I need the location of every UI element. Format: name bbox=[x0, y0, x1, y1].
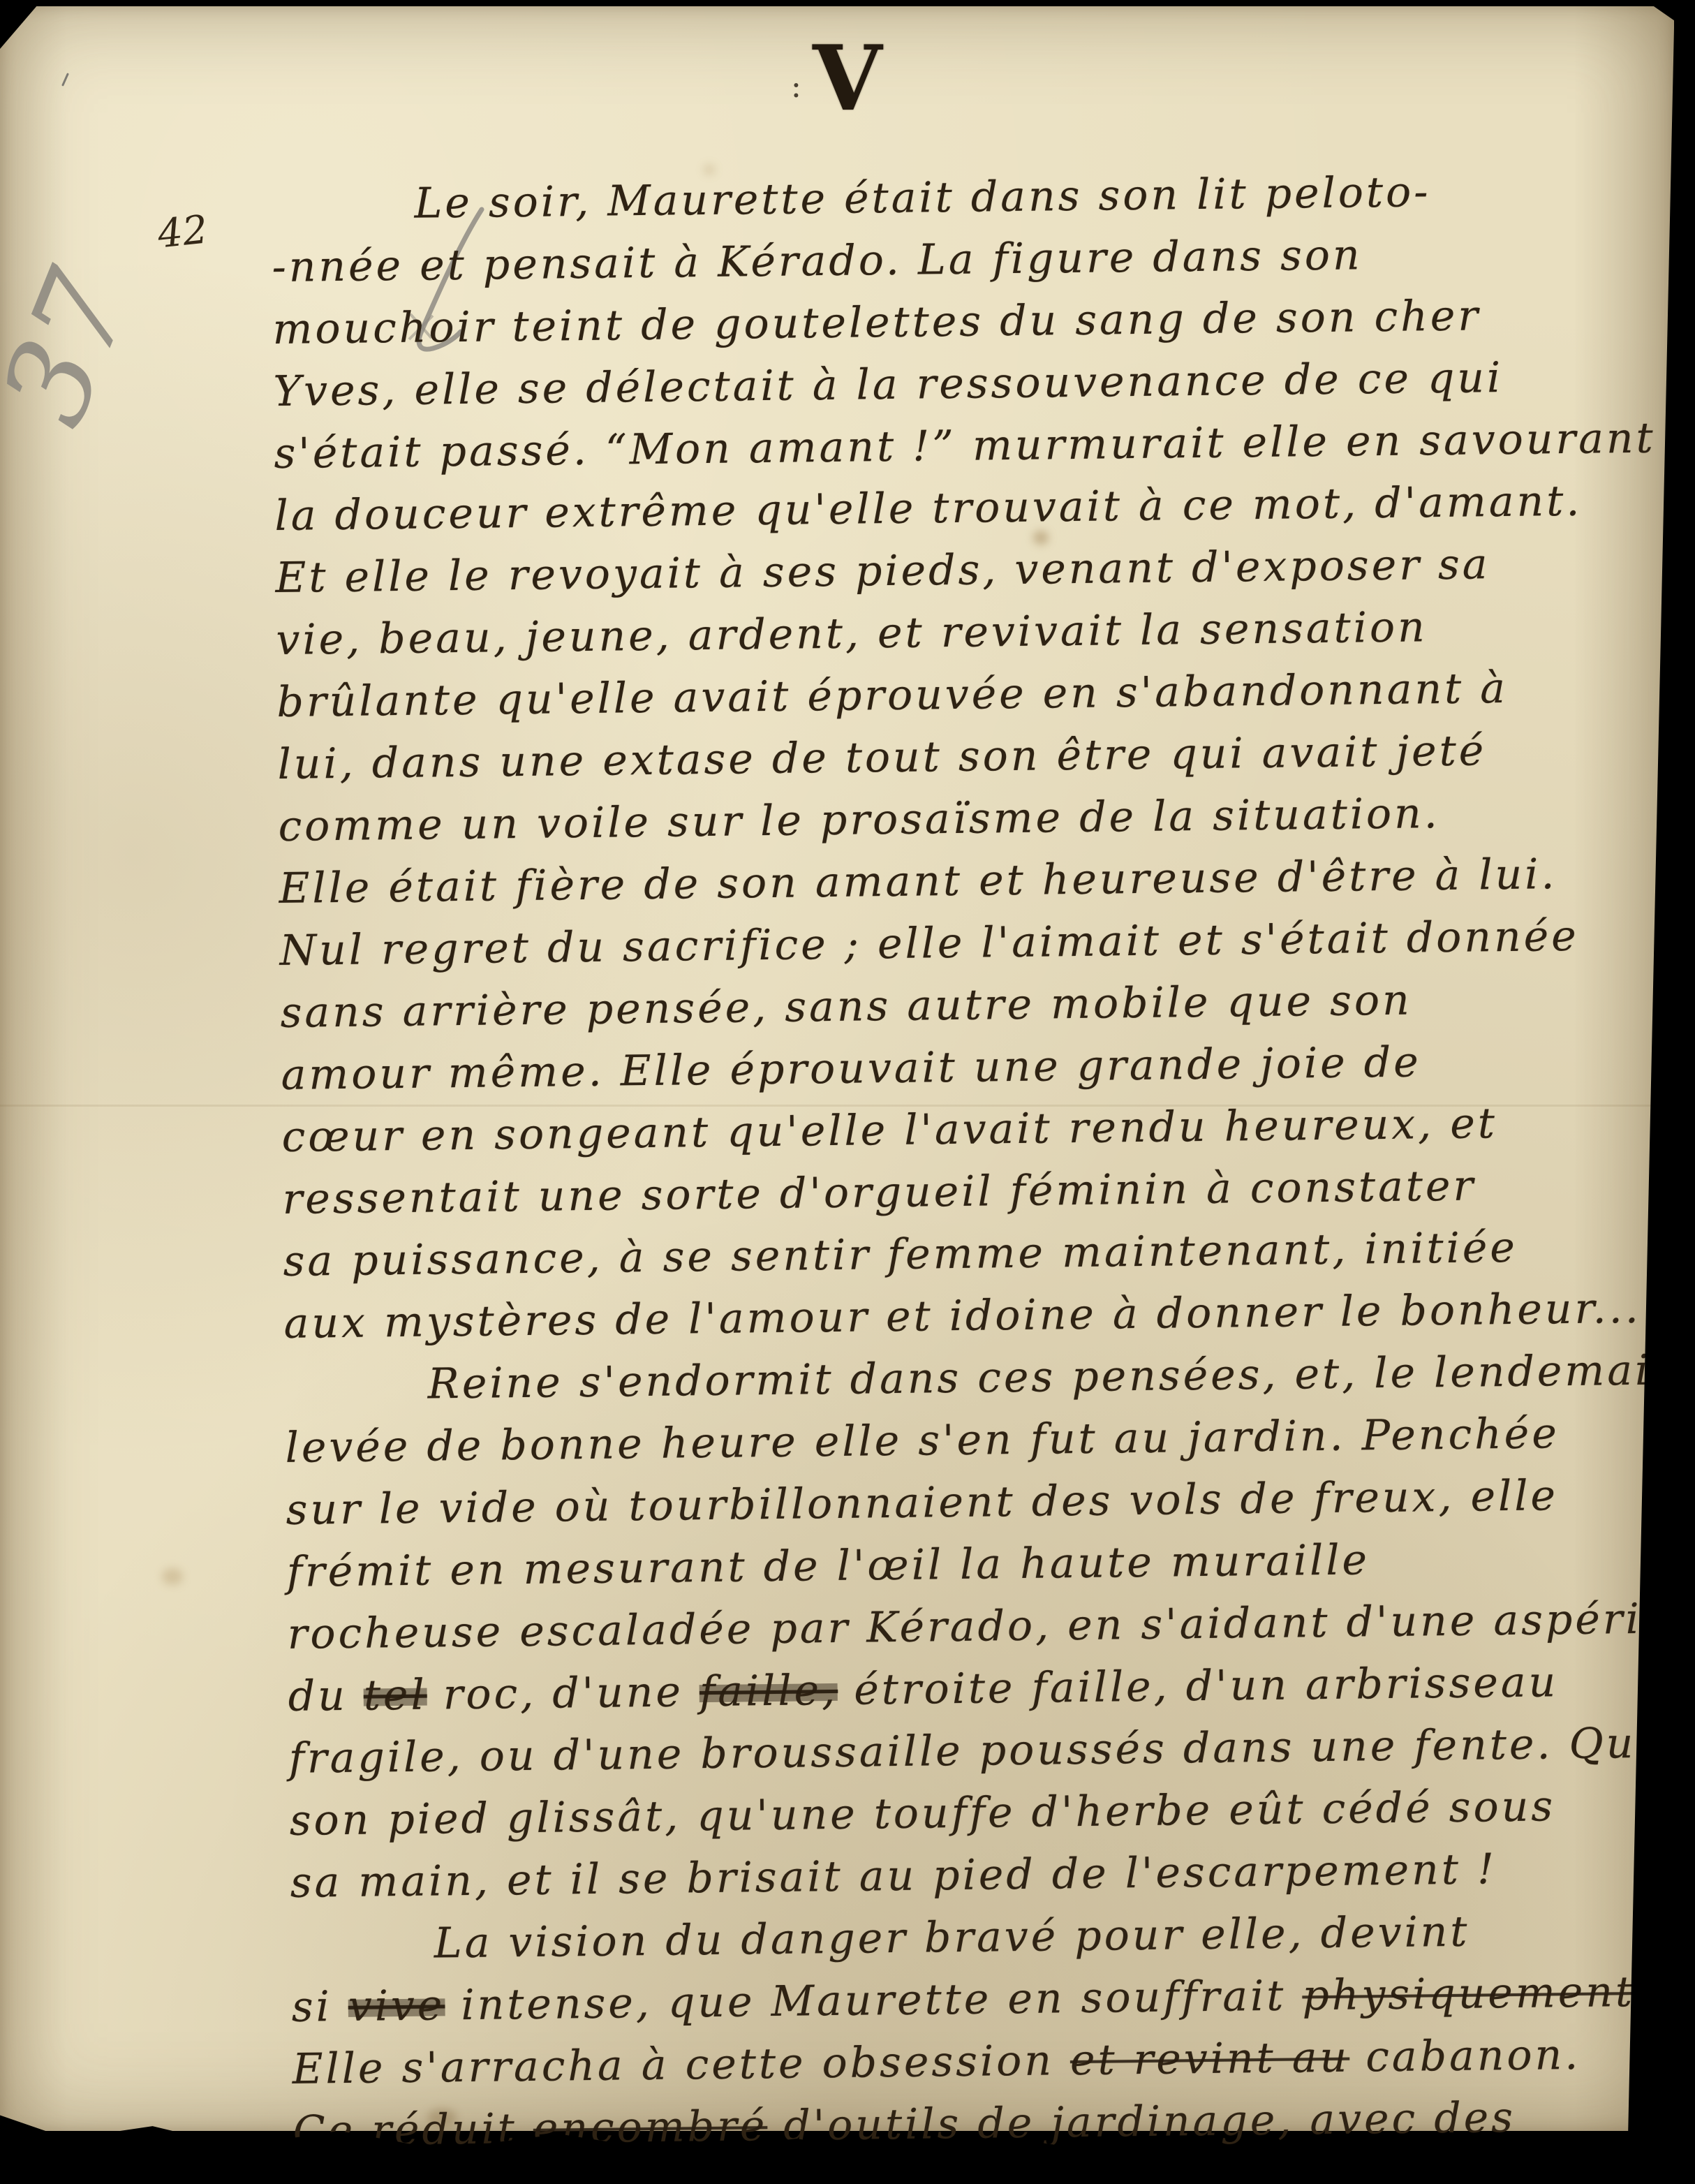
text-segment: cabanon. bbox=[1349, 2030, 1581, 2082]
text-segment: lui, dans une extase de tout son être qu… bbox=[277, 726, 1486, 789]
text-segment: Elle était fière de son amant et heureus… bbox=[279, 850, 1557, 913]
text-segment: Le soir, Maurette était dans son lit pel… bbox=[414, 168, 1431, 228]
text-segment: Nul regret du sacrifice ; elle l'aimait … bbox=[279, 912, 1579, 975]
text-segment: sur le vide où tourbillonnaient des vols… bbox=[286, 1471, 1558, 1535]
text-segment: ressentait une sorte d'orgueil féminin à… bbox=[282, 1162, 1476, 1224]
chapter-numeral: V bbox=[813, 27, 883, 131]
text-segment: si bbox=[291, 1982, 348, 2032]
struck-text-segment: et revint au bbox=[1070, 2033, 1350, 2086]
text-segment: d'outils de jardinage, avec des bbox=[767, 2093, 1516, 2150]
text-segment: -nnée et pensait à Kérado. La figure dan… bbox=[272, 230, 1363, 292]
text-segment: vie, beau, jeune, ardent, et revivait la… bbox=[276, 603, 1428, 665]
heading-ink-dots: : bbox=[791, 67, 804, 105]
text-segment: levée de bonne heure elle s'en fut au ja… bbox=[285, 1409, 1560, 1473]
manuscript-text: Le soir, Maurette était dans son lit pel… bbox=[271, 158, 1682, 2162]
text-segment: roc, d'une bbox=[427, 1667, 700, 1719]
text-segment: sa puissance, à se sentir femme maintena… bbox=[283, 1223, 1518, 1286]
text-segment: comme un voile sur le prosaïsme de la si… bbox=[278, 789, 1440, 851]
struck-text-segment: faille, bbox=[700, 1666, 838, 1716]
text-segment: rocheuse escaladée par Kérado, en s'aida… bbox=[287, 1594, 1689, 1659]
chapter-heading: :V bbox=[0, 27, 1674, 131]
text-segment: la douceur extrême qu'elle trouvait à ce… bbox=[274, 477, 1583, 540]
text-segment: La vision du danger bravé pour elle, dev… bbox=[434, 1908, 1470, 1968]
text-segment: sans arrière pensée, sans autre mobile q… bbox=[280, 976, 1412, 1038]
text-segment: sa main, et il se brisait au pied de l'e… bbox=[290, 1845, 1497, 1908]
text-segment: du bbox=[288, 1672, 364, 1721]
scan-edge-top bbox=[0, 0, 1695, 6]
text-segment: Yves, elle se délectait à la ressouvenan… bbox=[273, 353, 1503, 416]
scanned-manuscript-page: { "page": { "chapter_heading": "V", "hea… bbox=[0, 0, 1695, 2184]
text-segment: intense, que Maurette en souffrait bbox=[445, 1971, 1303, 2030]
text-segment: cœur en songeant qu'elle l'avait rendu h… bbox=[281, 1099, 1497, 1162]
struck-text-segment: tel bbox=[363, 1671, 427, 1720]
struck-text-segment: vive bbox=[348, 1981, 445, 2031]
margin-page-number-ink: 42 bbox=[156, 207, 210, 257]
struck-text-segment: physiquement. bbox=[1302, 1968, 1651, 2021]
text-segment: fragile, ou d'une broussaille poussés da… bbox=[288, 1719, 1664, 1783]
text-segment: aux mystères de l'amour et idoine à donn… bbox=[283, 1284, 1641, 1348]
paper-stain bbox=[162, 1568, 183, 1585]
text-segment: amour même. Elle éprouvait une grande jo… bbox=[281, 1038, 1421, 1100]
text-segment: Et elle le revoyait à ses pieds, venant … bbox=[275, 540, 1490, 603]
text-segment: Reine s'endormit dans ces pensées, et, l… bbox=[427, 1345, 1681, 1408]
text-segment: son pied glissât, qu'une touffe d'herbe … bbox=[289, 1782, 1555, 1845]
text-segment: étroite faille, d'un arbrisseau bbox=[838, 1658, 1559, 1715]
text-segment: s'était passé. “Mon amant !” murmurait e… bbox=[274, 414, 1656, 478]
text-segment: frémit en mesurant de l'œil la haute mur… bbox=[286, 1535, 1370, 1597]
text-segment: Elle s'arracha à cette obsession bbox=[292, 2036, 1070, 2094]
text-segment: brûlante qu'elle avait éprouvée en s'aba… bbox=[276, 664, 1508, 727]
text-segment: mouchoir teint de goutelettes du sang de… bbox=[272, 291, 1481, 354]
